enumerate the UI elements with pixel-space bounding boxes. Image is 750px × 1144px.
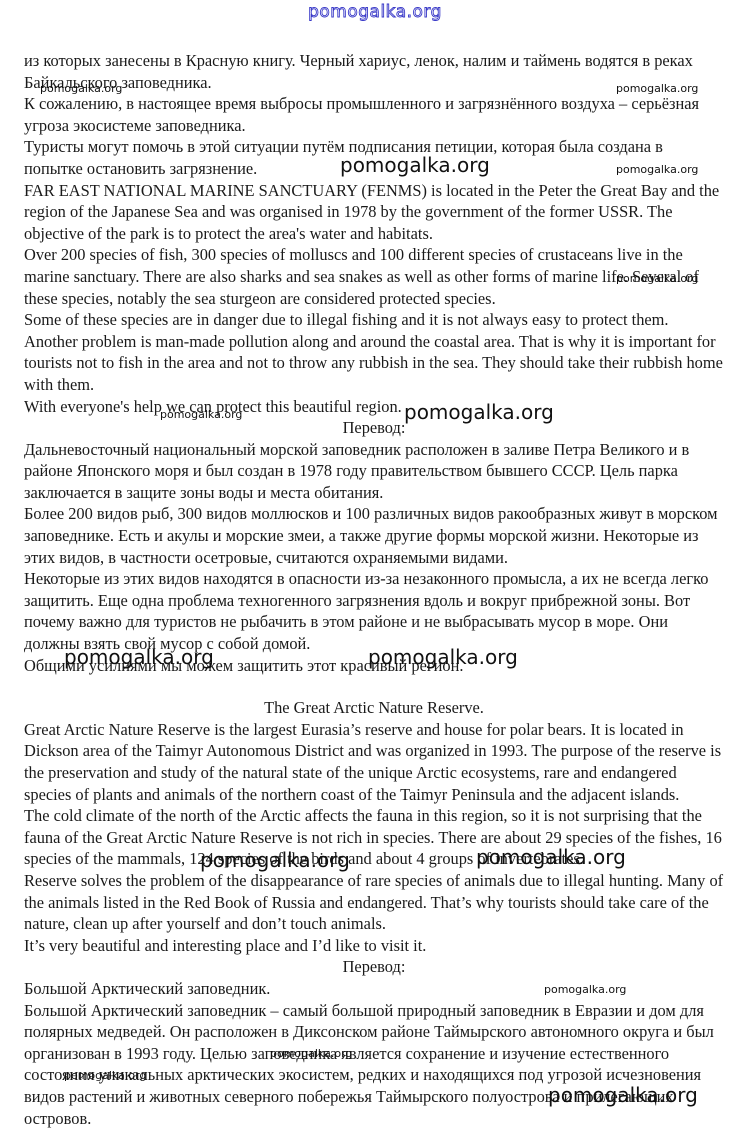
paragraph: Дальневосточный национальный морской зап… bbox=[24, 439, 724, 504]
watermark: pomogalka.org bbox=[616, 163, 698, 176]
paragraph: Some of these species are in danger due … bbox=[24, 309, 724, 395]
watermark: pomogalka.org bbox=[270, 1047, 352, 1060]
paragraph: Great Arctic Nature Reserve is the large… bbox=[24, 719, 724, 805]
watermark: pomogalka.org bbox=[200, 848, 350, 872]
paragraph: Некоторые из этих видов находятся в опас… bbox=[24, 568, 724, 654]
paragraph: FAR EAST NATIONAL MARINE SANCTUARY (FENM… bbox=[24, 180, 724, 245]
watermark: pomogalka.org bbox=[548, 1083, 698, 1107]
watermark: pomogalka.org bbox=[40, 82, 122, 95]
translation-heading: Перевод: bbox=[24, 417, 724, 439]
watermark: pomogalka.org bbox=[476, 845, 626, 869]
translation-heading: Перевод: bbox=[24, 956, 724, 978]
document-body: из которых занесены в Красную книгу. Чер… bbox=[24, 50, 724, 1129]
watermark: pomogalka.org bbox=[544, 983, 626, 996]
watermark: pomogalka.org bbox=[404, 400, 554, 424]
paragraph: К сожалению, в настоящее время выбросы п… bbox=[24, 93, 724, 136]
paragraph: It’s very beautiful and interesting plac… bbox=[24, 935, 724, 957]
watermark: pomogalka.org bbox=[616, 82, 698, 95]
paragraph: With everyone's help we can protect this… bbox=[24, 396, 724, 418]
section-title: The Great Arctic Nature Reserve. bbox=[24, 697, 724, 719]
watermark: pomogalka.org bbox=[64, 645, 214, 669]
watermark: pomogalka.org bbox=[64, 1069, 146, 1082]
paragraph: Reserve solves the problem of the disapp… bbox=[24, 870, 724, 935]
watermark: pomogalka.org bbox=[616, 272, 698, 285]
watermark: pomogalka.org bbox=[160, 408, 242, 421]
watermark: pomogalka.org bbox=[340, 153, 490, 177]
paragraph: Большой Арктический заповедник – самый б… bbox=[24, 1000, 724, 1130]
watermark: pomogalka.org bbox=[368, 645, 518, 669]
site-logo[interactable]: pomogalka.org bbox=[0, 2, 750, 22]
paragraph: Более 200 видов рыб, 300 видов моллюсков… bbox=[24, 503, 724, 568]
